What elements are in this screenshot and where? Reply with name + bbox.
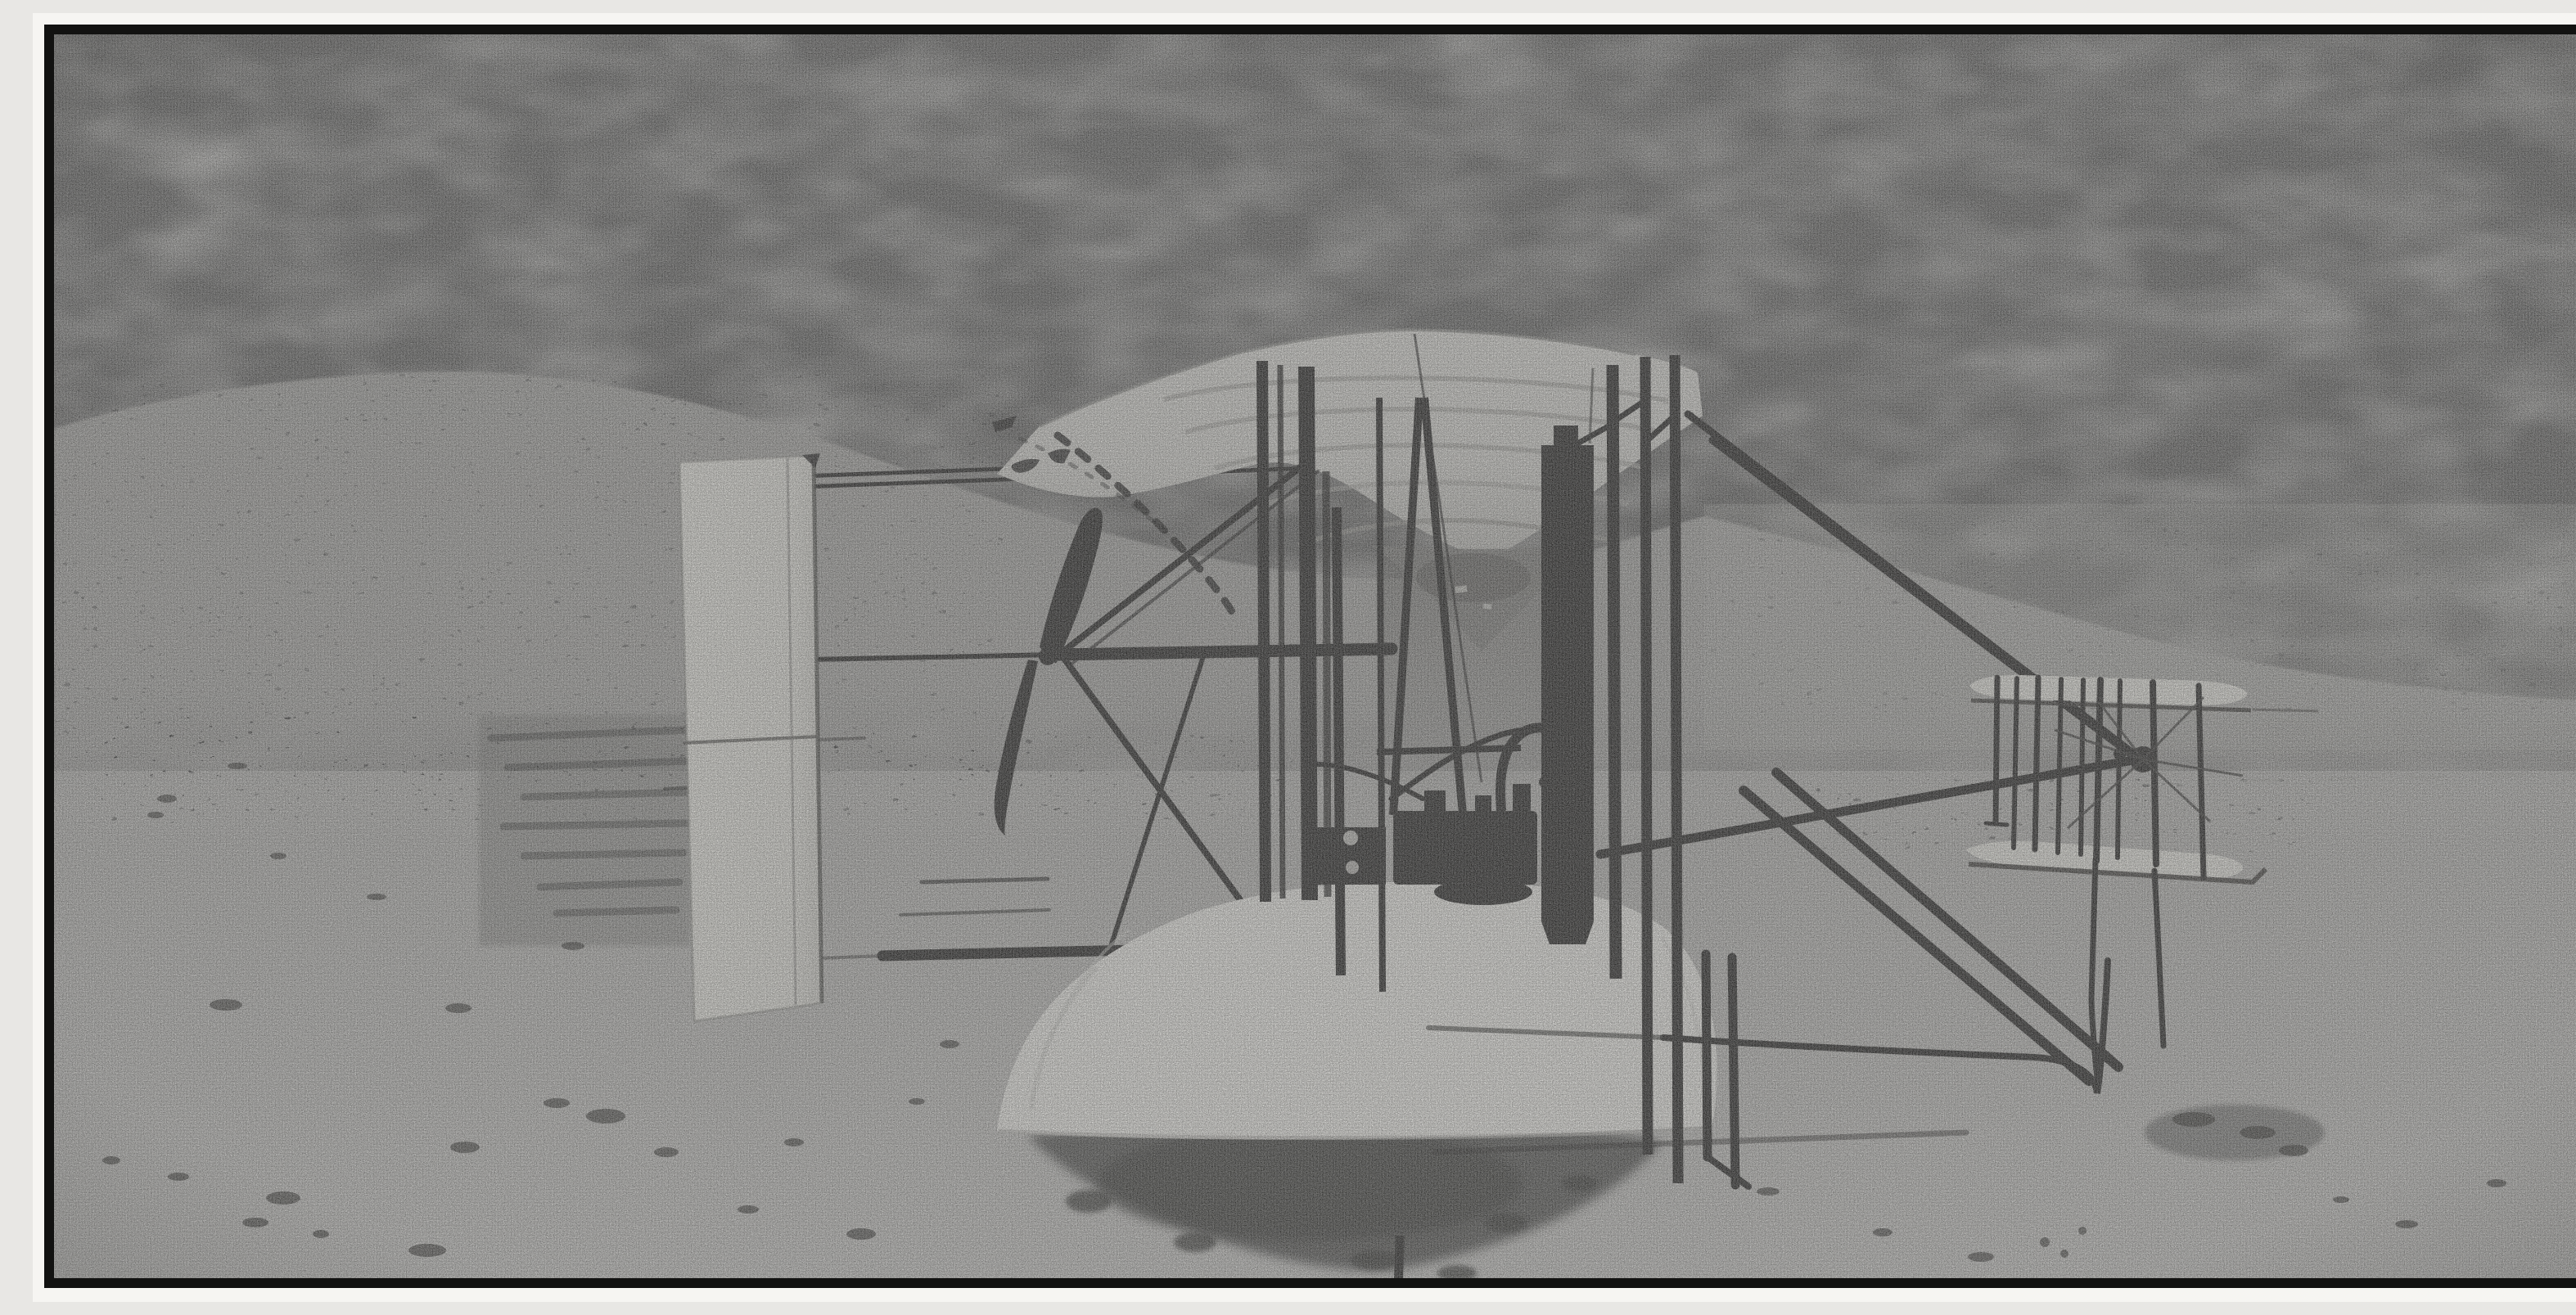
- photo-plate: [33, 13, 2576, 1302]
- vignette: [54, 34, 2576, 1278]
- photograph: [33, 13, 2576, 1302]
